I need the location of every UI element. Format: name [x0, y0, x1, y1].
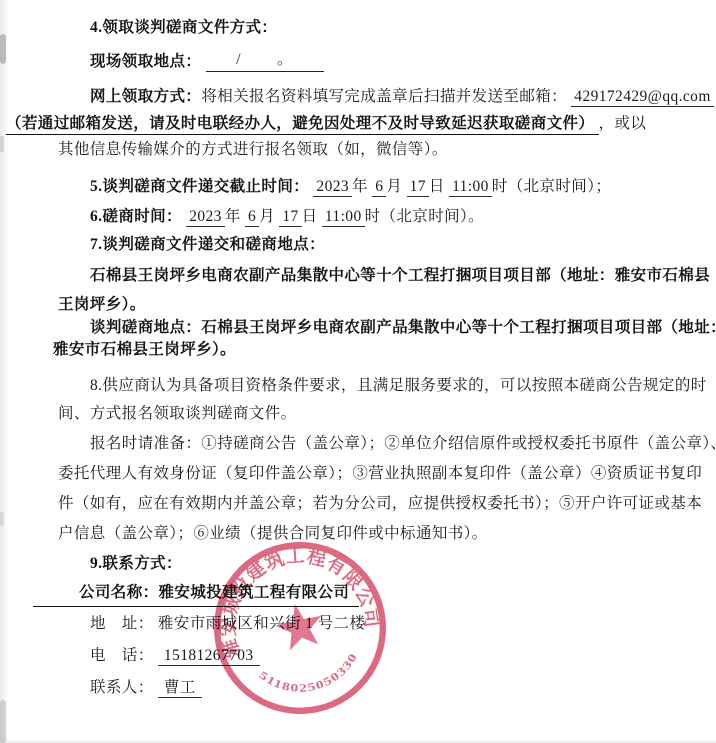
prepare-line3: 件（如有，应在有效期内并盖公章；若为分公司，应提供授权委托书）；⑤开户许可证或基…: [58, 494, 702, 514]
deadline-line: 5.谈判磋商文件递交截止时间： 2023年 6月 17日 11:00时（北京时间…: [90, 177, 611, 197]
email-warning-line: （若通过邮箱发送，请及时电联经办人，避免因处理不及时导致延迟获取磋商文件），或以: [6, 114, 646, 134]
contact-line: 联系人： 曹工: [90, 678, 202, 698]
scan-smudge: [0, 34, 6, 64]
deadline-time: 11:00: [449, 178, 492, 197]
company-label: 公司名称：: [79, 584, 159, 601]
item9-heading: 9.联系方式：: [90, 554, 182, 574]
meeting-tail: 时（北京时间）。: [365, 208, 484, 225]
phone-label: 电 话：: [90, 647, 154, 664]
venue-alt-line2: 雅安市石棉县王岗坪乡）。: [53, 340, 236, 360]
email-warning-tail: ，或以: [599, 115, 647, 132]
prepare-line3-text: 件（如有，应在有效期内并盖公章；若为分公司，应提供授权委托书）；⑤开户许可证或基…: [58, 495, 702, 512]
online-label: 网上领取方式：: [90, 88, 201, 105]
meeting-month: 6: [245, 208, 259, 227]
seal-number-text: 5118025050330: [255, 649, 366, 704]
item4-heading: 4.领取谈判磋商文件方式：: [90, 18, 277, 38]
deadline-day: 17: [407, 178, 429, 197]
scan-smudge: [0, 512, 4, 526]
meeting-label: 6.磋商时间：: [90, 208, 182, 225]
meeting-month-unit: 月: [259, 208, 275, 225]
contact-value: 曹工: [158, 679, 202, 698]
meeting-day-unit: 日: [302, 208, 318, 225]
deadline-label: 5.谈判磋商文件递交截止时间：: [90, 178, 309, 195]
other-media-text: 其他信息传输媒介的方式进行报名领取（如，微信等）。: [58, 141, 448, 158]
venue-line2-text: 王岗坪乡）。: [58, 296, 146, 313]
onsite-pickup-line: 现场领取地点： /。: [90, 50, 324, 72]
online-pickup-line: 网上领取方式：将相关报名资料填写完成盖章后扫描并发送至邮箱： 429172429…: [90, 87, 714, 107]
deadline-day-unit: 日: [429, 178, 445, 195]
venue-alt-line1-text: 谈判磋商地点：石棉县王岗坪乡电商农副产品集散中心等十个工程打捆项目项目部（地址：: [90, 319, 716, 336]
other-media-line: 其他信息传输媒介的方式进行报名领取（如，微信等）。: [58, 140, 448, 160]
meeting-time: 11:00: [322, 208, 365, 227]
meeting-year-unit: 年: [225, 208, 241, 225]
deadline-year-unit: 年: [352, 178, 368, 195]
document-page: 4.领取谈判磋商文件方式： 现场领取地点： /。 网上领取方式：将相关报名资料填…: [0, 0, 716, 743]
contact-label: 联系人：: [90, 679, 154, 696]
address-label: 地 址：: [90, 615, 154, 632]
item8-line1-text: 8.供应商认为具备项目资格条件要求，且满足服务要求的，可以按照本磋商公告规定的时: [90, 377, 707, 394]
address-value: 雅安市雨城区和兴街 1 号二楼: [158, 615, 366, 632]
venue-line1: 石棉县王岗坪乡电商农副产品集散中心等十个工程打捆项目项目部（地址：雅安市石棉县: [90, 266, 710, 286]
phone-value: 15181267703: [158, 647, 260, 666]
meeting-day: 17: [279, 208, 301, 227]
prepare-line4: 户信息（盖公章）；⑥业绩（提供合同复印件或中标通知书）。: [58, 524, 488, 544]
item8-line2-text: 间、方式报名领取谈判磋商文件。: [58, 405, 297, 422]
scan-edge-left: [0, 0, 9, 743]
scan-smudge: [0, 136, 4, 152]
deadline-year: 2023: [313, 178, 352, 197]
scan-smudge: [0, 700, 6, 743]
company-name-line: 公司名称：雅安城投建筑工程有限公司: [33, 583, 359, 607]
item8-line2: 间、方式报名领取谈判磋商文件。: [58, 404, 297, 424]
item8-line1: 8.供应商认为具备项目资格条件要求，且满足服务要求的，可以按照本磋商公告规定的时: [90, 376, 707, 396]
prepare-line2-text: 委托代理人有效身份证（复印件盖公章）；③营业执照副本复印件（盖公章）④资质证书复…: [58, 465, 702, 482]
prepare-line2: 委托代理人有效身份证（复印件盖公章）；③营业执照副本复印件（盖公章）④资质证书复…: [58, 464, 702, 484]
venue-alt-line1: 谈判磋商地点：石棉县王岗坪乡电商农副产品集散中心等十个工程打捆项目项目部（地址：: [90, 318, 716, 338]
onsite-blank-field: /。: [206, 50, 324, 72]
email-warning-text: （若通过邮箱发送，请及时电联经办人，避免因处理不及时导致延迟获取磋商文件）: [6, 115, 599, 135]
deadline-month: 6: [372, 178, 386, 197]
onsite-period: 。: [277, 50, 293, 70]
item9-text: 9.联系方式：: [90, 555, 182, 572]
item7-text: 7.谈判磋商文件递交和磋商地点：: [90, 236, 325, 253]
scan-edge-bottom: [0, 739, 716, 743]
online-email: 429172429@qq.com: [571, 88, 714, 107]
company-name: 雅安城投建筑工程有限公司: [159, 584, 350, 601]
prepare-line1-text: 报名时请准备：①持磋商公告（盖公章）；②单位介绍信原件或授权委托书原件（盖公章）…: [90, 435, 716, 452]
prepare-line1: 报名时请准备：①持磋商公告（盖公章）；②单位介绍信原件或授权委托书原件（盖公章）…: [90, 434, 716, 454]
deadline-tail: 时（北京时间）；: [492, 178, 611, 195]
meeting-year: 2023: [186, 208, 225, 227]
address-line: 地 址： 雅安市雨城区和兴街 1 号二楼: [90, 614, 365, 634]
venue-alt-line2-text: 雅安市石棉县王岗坪乡）。: [53, 341, 236, 358]
onsite-label: 现场领取地点：: [90, 53, 201, 70]
phone-line: 电 话： 15181267703: [90, 646, 260, 666]
meeting-time-line: 6.磋商时间： 2023年 6月 17日 11:00时（北京时间）。: [90, 207, 484, 227]
venue-line1-text: 石棉县王岗坪乡电商农副产品集散中心等十个工程打捆项目项目部（地址：雅安市石棉县: [90, 267, 710, 284]
prepare-line4-text: 户信息（盖公章）；⑥业绩（提供合同复印件或中标通知书）。: [58, 525, 488, 542]
onsite-slash: /: [236, 50, 241, 70]
venue-line2: 王岗坪乡）。: [58, 295, 146, 315]
online-text: 将相关报名资料填写完成盖章后扫描并发送至邮箱：: [201, 88, 567, 105]
svg-text:5118025050330: 5118025050330: [255, 649, 366, 704]
item4-text: 4.领取谈判磋商文件方式：: [90, 19, 277, 36]
deadline-month-unit: 月: [386, 178, 402, 195]
item7-heading: 7.谈判磋商文件递交和磋商地点：: [90, 235, 325, 255]
